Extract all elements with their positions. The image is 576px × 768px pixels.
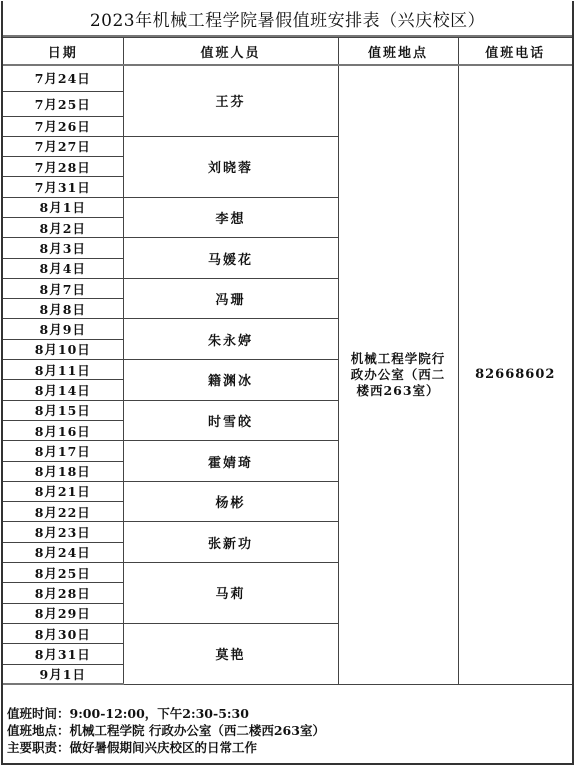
person-cell: 张新功: [123, 522, 338, 563]
header-row: 日期 值班人员 值班地点 值班电话: [3, 38, 572, 66]
person-cell: 李想: [123, 197, 338, 238]
duty-schedule-sheet: 2023年机械工程学院暑假值班安排表（兴庆校区） 日期 值班人员 值班地点 值班…: [1, 1, 574, 765]
person-cell: 马媛花: [123, 238, 338, 279]
date-cell: 7月26日: [3, 116, 123, 136]
date-cell: 8月31日: [3, 644, 123, 664]
date-cell: 8月30日: [3, 623, 123, 643]
date-cell: 8月23日: [3, 522, 123, 542]
date-cell: 8月25日: [3, 563, 123, 583]
person-cell: 刘晓蓉: [123, 136, 338, 197]
date-cell: 7月27日: [3, 136, 123, 156]
date-cell: 8月18日: [3, 461, 123, 481]
person-cell: 王芬: [123, 65, 338, 136]
date-cell: 8月29日: [3, 603, 123, 623]
date-cell: 8月1日: [3, 197, 123, 217]
header-location: 值班地点: [338, 38, 458, 66]
person-cell: 籍渊冰: [123, 360, 338, 401]
date-cell: 8月28日: [3, 583, 123, 603]
date-cell: 8月22日: [3, 502, 123, 522]
footer-notes: 值班时间：9:00-12:00，下午2:30-5:30 值班地点：机械工程学院 …: [7, 705, 325, 756]
date-cell: 8月24日: [3, 542, 123, 562]
phone-cell: 82668602: [458, 65, 572, 684]
schedule-table: 日期 值班人员 值班地点 值班电话 7月24日王芬机械工程学院行政办公室（西二楼…: [3, 37, 572, 685]
page-title: 2023年机械工程学院暑假值班安排表（兴庆校区）: [3, 1, 572, 37]
date-cell: 8月10日: [3, 339, 123, 359]
header-person: 值班人员: [123, 38, 338, 66]
date-cell: 8月11日: [3, 360, 123, 380]
date-cell: 8月14日: [3, 380, 123, 400]
person-cell: 莫艳: [123, 623, 338, 684]
header-phone: 值班电话: [458, 38, 572, 66]
footer-hours: 值班时间：9:00-12:00，下午2:30-5:30: [7, 705, 325, 722]
date-cell: 9月1日: [3, 664, 123, 684]
person-cell: 冯珊: [123, 278, 338, 319]
date-cell: 7月28日: [3, 157, 123, 177]
date-cell: 7月31日: [3, 177, 123, 197]
footer-duty: 主要职责：做好暑假期间兴庆校区的日常工作: [7, 739, 325, 756]
date-cell: 8月16日: [3, 420, 123, 440]
date-cell: 8月9日: [3, 319, 123, 339]
date-cell: 8月15日: [3, 400, 123, 420]
date-cell: 8月7日: [3, 278, 123, 298]
header-date: 日期: [3, 38, 123, 66]
date-cell: 8月21日: [3, 481, 123, 501]
date-cell: 8月17日: [3, 441, 123, 461]
person-cell: 霍婧琦: [123, 441, 338, 482]
table-row: 7月24日王芬机械工程学院行政办公室（西二楼西263室）82668602: [3, 65, 572, 91]
person-cell: 时雪皎: [123, 400, 338, 441]
footer-place: 值班地点：机械工程学院 行政办公室（西二楼西263室）: [7, 722, 325, 739]
date-cell: 7月24日: [3, 65, 123, 91]
date-cell: 8月8日: [3, 299, 123, 319]
location-cell: 机械工程学院行政办公室（西二楼西263室）: [338, 65, 458, 684]
date-cell: 8月3日: [3, 238, 123, 258]
person-cell: 朱永婷: [123, 319, 338, 360]
date-cell: 8月4日: [3, 258, 123, 278]
schedule-body: 7月24日王芬机械工程学院行政办公室（西二楼西263室）826686027月25…: [3, 65, 572, 684]
person-cell: 杨彬: [123, 481, 338, 522]
date-cell: 7月25日: [3, 91, 123, 116]
person-cell: 马莉: [123, 563, 338, 624]
date-cell: 8月2日: [3, 217, 123, 237]
